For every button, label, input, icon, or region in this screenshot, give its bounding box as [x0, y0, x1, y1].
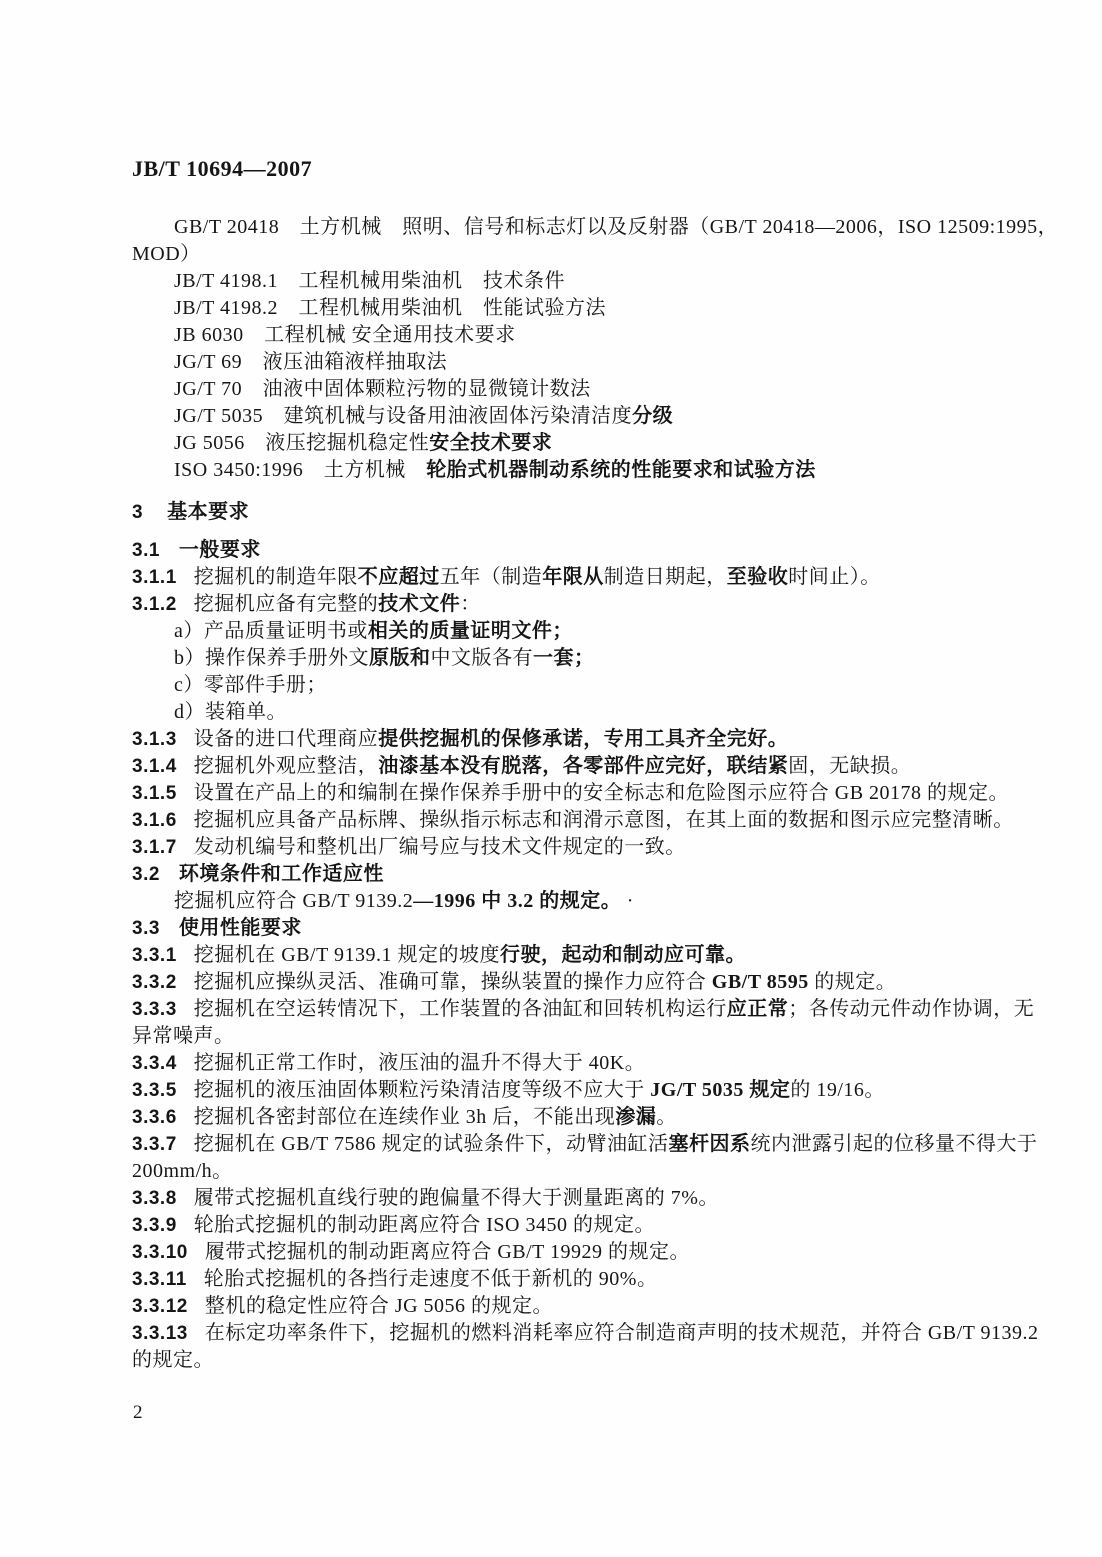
- clause-number: 3.3.7: [132, 1131, 177, 1158]
- doc-line: 3.3.11轮胎式挖掘机的各挡行走速度不低于新机的 90%。: [132, 1266, 982, 1293]
- text-segment: ：: [460, 593, 481, 615]
- text-segment: 一般要求: [179, 539, 261, 561]
- clause-number: 3.1: [132, 537, 160, 564]
- text-segment: JG/T 5035 规定: [650, 1079, 790, 1101]
- document-body: GB/T 20418 土方机械 照明、信号和标志灯以及反射器（GB/T 2041…: [132, 214, 982, 1374]
- clause-number: 3.3.11: [132, 1266, 187, 1293]
- text-segment: JG 5056 液压挖掘机稳定性: [174, 432, 429, 454]
- text-segment: JG/T 69 液压油箱液样抽取法: [174, 351, 447, 373]
- clause-number: 3.1.5: [132, 780, 177, 807]
- doc-line: a）产品质量证明书或相关的质量证明文件；: [132, 618, 982, 645]
- text-segment: 的 19/16。: [790, 1079, 885, 1101]
- section-heading: 3基本要求: [132, 499, 982, 526]
- doc-line: 3.1.2挖掘机应备有完整的技术文件：: [132, 591, 982, 618]
- text-segment: GB/T 20418 土方机械 照明、信号和标志灯以及反射器（GB/T 2041…: [174, 216, 1058, 238]
- doc-line: 3.3.4挖掘机正常工作时，液压油的温升不得大于 40K。: [132, 1050, 982, 1077]
- text-segment: 技术文件: [378, 593, 460, 615]
- text-segment: 渗漏: [615, 1106, 656, 1128]
- doc-line: JB/T 4198.1 工程机械用柴油机 技术条件: [132, 268, 982, 295]
- text-segment: 时间止）。: [788, 566, 881, 588]
- clause-number: 3.1.7: [132, 834, 177, 861]
- doc-line: 3.3.2挖掘机应操纵灵活、准确可靠，操纵装置的操作力应符合 GB/T 8595…: [132, 969, 982, 996]
- clause-number: 3.1.1: [132, 564, 177, 591]
- clause-number: 3.2: [132, 861, 160, 888]
- text-segment: 行驶，起动和制动应可靠。: [500, 944, 746, 966]
- text-segment: d）装箱单。: [174, 701, 287, 723]
- clause-number: 3.3.12: [132, 1293, 188, 1320]
- doc-line: JB/T 4198.2 工程机械用柴油机 性能试验方法: [132, 295, 982, 322]
- clause-number: 3.3.13: [132, 1320, 188, 1347]
- page-number: 2: [133, 1402, 143, 1424]
- doc-line: 3.3.9轮胎式挖掘机的制动距离应符合 ISO 3450 的规定。: [132, 1212, 982, 1239]
- section-heading: 3.3使用性能要求: [132, 915, 982, 942]
- text-segment: 整机的稳定性应符合 JG 5056 的规定。: [205, 1295, 553, 1317]
- text-segment: 挖掘机在空运转情况下，工作装置的各油缸和回转机构运行: [194, 998, 727, 1020]
- text-segment: JB/T 4198.2 工程机械用柴油机 性能试验方法: [174, 297, 606, 319]
- doc-line: b）操作保养手册外文原版和中文版各有一套；: [132, 645, 982, 672]
- text-segment: 轮胎式挖掘机的各挡行走速度不低于新机的 90%。: [204, 1268, 658, 1290]
- text-segment: 挖掘机在 GB/T 7586 规定的试验条件下，动臂油缸活: [194, 1133, 669, 1155]
- text-segment: 设置在产品上的和编制在操作保养手册中的安全标志和危险图示应符合 GB 20178…: [194, 782, 1009, 804]
- clause-number: 3.1.6: [132, 807, 177, 834]
- text-segment: 挖掘机外观应整洁，: [194, 755, 379, 777]
- text-segment: 挖掘机的液压油固体颗粒污染清洁度等级不应大于: [194, 1079, 651, 1101]
- text-segment: 原版和: [369, 647, 431, 669]
- doc-line: c）零部件手册；: [132, 672, 982, 699]
- doc-line: GB/T 20418 土方机械 照明、信号和标志灯以及反射器（GB/T 2041…: [132, 214, 982, 241]
- text-segment: 中文版各有: [431, 647, 534, 669]
- text-segment: 轮胎式机器制动系统的性能要求和试验方法: [426, 459, 816, 481]
- clause-number: 3.3.10: [132, 1239, 188, 1266]
- doc-line: 3.3.13在标定功率条件下，挖掘机的燃料消耗率应符合制造商声明的技术规范，并符…: [132, 1320, 982, 1347]
- doc-line: MOD）: [132, 241, 982, 268]
- text-segment: GB/T 8595: [712, 971, 809, 993]
- standard-number-header: JB/T 10694—2007: [132, 156, 312, 182]
- clause-number: 3.1.3: [132, 726, 177, 753]
- doc-line: 3.3.1挖掘机在 GB/T 9139.1 规定的坡度行驶，起动和制动应可靠。: [132, 942, 982, 969]
- text-segment: 挖掘机应符合 GB/T 9139.2: [174, 890, 413, 912]
- text-segment: 塞杆因系: [668, 1133, 750, 1155]
- text-segment: 履带式挖掘机的制动距离应符合 GB/T 19929 的规定。: [205, 1241, 690, 1263]
- doc-line: 的规定。: [132, 1347, 982, 1374]
- clause-number: 3.3: [132, 915, 160, 942]
- text-segment: JB 6030 工程机械 安全通用技术要求: [174, 324, 516, 346]
- clause-number: 3.3.8: [132, 1185, 177, 1212]
- doc-line: 3.3.7挖掘机在 GB/T 7586 规定的试验条件下，动臂油缸活塞杆因系统内…: [132, 1131, 982, 1158]
- doc-line: 3.3.3挖掘机在空运转情况下，工作装置的各油缸和回转机构运行应正常；各传动元件…: [132, 996, 982, 1023]
- doc-line: JG/T 5035 建筑机械与设备用油液固体污染清洁度分级: [132, 403, 982, 430]
- doc-line: JG 5056 液压挖掘机稳定性安全技术要求: [132, 430, 982, 457]
- text-segment: ；各传动元件动作协调，无: [788, 998, 1034, 1020]
- text-segment: ·: [621, 890, 634, 912]
- text-segment: 提供挖掘机的保修承诺，专用工具齐全完好。: [378, 728, 788, 750]
- text-segment: JB/T 4198.1 工程机械用柴油机 技术条件: [174, 270, 565, 292]
- section-heading: 3.1一般要求: [132, 537, 982, 564]
- text-segment: c）零部件手册；: [174, 674, 327, 696]
- text-segment: ISO 3450:1996 土方机械: [174, 459, 426, 481]
- text-segment: 挖掘机正常工作时，液压油的温升不得大于 40K。: [194, 1052, 645, 1074]
- doc-line: d）装箱单。: [132, 699, 982, 726]
- text-segment: 固，无缺损。: [788, 755, 911, 777]
- doc-line: 3.3.12整机的稳定性应符合 JG 5056 的规定。: [132, 1293, 982, 1320]
- text-segment: 应正常: [727, 998, 789, 1020]
- doc-line: JG/T 69 液压油箱液样抽取法: [132, 349, 982, 376]
- text-segment: 在标定功率条件下，挖掘机的燃料消耗率应符合制造商声明的技术规范，并符合 GB/T…: [205, 1322, 1039, 1344]
- text-segment: 制造日期起，: [604, 566, 727, 588]
- text-segment: 挖掘机各密封部位在连续作业 3h 后，不能出现: [194, 1106, 616, 1128]
- text-segment: 至验收: [727, 566, 789, 588]
- text-segment: a）产品质量证明书或: [174, 620, 368, 642]
- doc-line: 3.1.3设备的进口代理商应提供挖掘机的保修承诺，专用工具齐全完好。: [132, 726, 982, 753]
- text-segment: 挖掘机应操纵灵活、准确可靠，操纵装置的操作力应符合: [194, 971, 712, 993]
- text-segment: 油漆基本没有脱落，各零部件应完好，联结紧: [378, 755, 788, 777]
- text-segment: 环境条件和工作适应性: [179, 863, 384, 885]
- doc-line: 3.1.6挖掘机应具备产品标牌、操纵指示标志和润滑示意图，在其上面的数据和图示应…: [132, 807, 982, 834]
- text-segment: 。: [656, 1106, 677, 1128]
- clause-number: 3.3.5: [132, 1077, 177, 1104]
- doc-line: JG/T 70 油液中固体颗粒污物的显微镜计数法: [132, 376, 982, 403]
- clause-number: 3.3.4: [132, 1050, 177, 1077]
- clause-number: 3.3.1: [132, 942, 177, 969]
- text-segment: 使用性能要求: [179, 917, 302, 939]
- text-segment: 五年（制造: [440, 566, 543, 588]
- text-segment: 安全技术要求: [429, 432, 552, 454]
- text-segment: 200mm/h。: [132, 1160, 233, 1182]
- text-segment: 轮胎式挖掘机的制动距离应符合 ISO 3450 的规定。: [194, 1214, 655, 1236]
- clause-number: 3.3.2: [132, 969, 177, 996]
- text-segment: b）操作保养手册外文: [174, 647, 369, 669]
- text-segment: 挖掘机应具备产品标牌、操纵指示标志和润滑示意图，在其上面的数据和图示应完整清晰。: [194, 809, 1014, 831]
- doc-line: 3.3.5挖掘机的液压油固体颗粒污染清洁度等级不应大于 JG/T 5035 规定…: [132, 1077, 982, 1104]
- doc-line: 3.3.8履带式挖掘机直线行驶的跑偏量不得大于测量距离的 7%。: [132, 1185, 982, 1212]
- text-segment: 挖掘机在 GB/T 9139.1 规定的坡度: [194, 944, 500, 966]
- text-segment: 发动机编号和整机出厂编号应与技术文件规定的一致。: [194, 836, 686, 858]
- text-segment: 相关的质量证明文件；: [368, 620, 573, 642]
- clause-number: 3.1.4: [132, 753, 177, 780]
- doc-line: 异常噪声。: [132, 1023, 982, 1050]
- doc-line: 挖掘机应符合 GB/T 9139.2—1996 中 3.2 的规定。 ·: [132, 888, 982, 915]
- text-segment: 基本要求: [167, 501, 249, 523]
- text-segment: 不应超过: [358, 566, 440, 588]
- text-segment: 异常噪声。: [132, 1025, 235, 1047]
- doc-line: 3.1.1挖掘机的制造年限不应超过五年（制造年限从制造日期起，至验收时间止）。: [132, 564, 982, 591]
- text-segment: 设备的进口代理商应: [194, 728, 379, 750]
- text-segment: 履带式挖掘机直线行驶的跑偏量不得大于测量距离的 7%。: [194, 1187, 719, 1209]
- text-segment: 挖掘机的制造年限: [194, 566, 358, 588]
- text-segment: 统内泄露引起的位移量不得大于: [750, 1133, 1037, 1155]
- doc-line: 200mm/h。: [132, 1158, 982, 1185]
- text-segment: JG/T 5035 建筑机械与设备用油液固体污染清洁度: [174, 405, 632, 427]
- scanned-document-page: JB/T 10694—2007 GB/T 20418 土方机械 照明、信号和标志…: [0, 0, 1102, 1557]
- doc-line: ISO 3450:1996 土方机械 轮胎式机器制动系统的性能要求和试验方法: [132, 457, 982, 484]
- text-segment: JG/T 70 油液中固体颗粒污物的显微镜计数法: [174, 378, 591, 400]
- doc-line: 3.1.4挖掘机外观应整洁，油漆基本没有脱落，各零部件应完好，联结紧固，无缺损。: [132, 753, 982, 780]
- clause-number: 3.3.6: [132, 1104, 177, 1131]
- text-segment: 挖掘机应备有完整的: [194, 593, 379, 615]
- text-segment: 一套；: [533, 647, 595, 669]
- text-segment: 的规定。: [132, 1349, 214, 1371]
- doc-line: 3.1.5设置在产品上的和编制在操作保养手册中的安全标志和危险图示应符合 GB …: [132, 780, 982, 807]
- text-segment: 分级: [632, 405, 673, 427]
- text-segment: MOD）: [132, 243, 201, 265]
- text-segment: 的规定。: [809, 971, 897, 993]
- clause-number: 3: [132, 499, 143, 526]
- clause-number: 3.3.9: [132, 1212, 177, 1239]
- text-segment: —1996 中 3.2 的规定。: [413, 890, 621, 912]
- clause-number: 3.3.3: [132, 996, 177, 1023]
- clause-number: 3.1.2: [132, 591, 177, 618]
- text-segment: 年限从: [542, 566, 604, 588]
- section-heading: 3.2环境条件和工作适应性: [132, 861, 982, 888]
- doc-line: 3.1.7发动机编号和整机出厂编号应与技术文件规定的一致。: [132, 834, 982, 861]
- doc-line: 3.3.10履带式挖掘机的制动距离应符合 GB/T 19929 的规定。: [132, 1239, 982, 1266]
- doc-line: JB 6030 工程机械 安全通用技术要求: [132, 322, 982, 349]
- doc-line: 3.3.6挖掘机各密封部位在连续作业 3h 后，不能出现渗漏。: [132, 1104, 982, 1131]
